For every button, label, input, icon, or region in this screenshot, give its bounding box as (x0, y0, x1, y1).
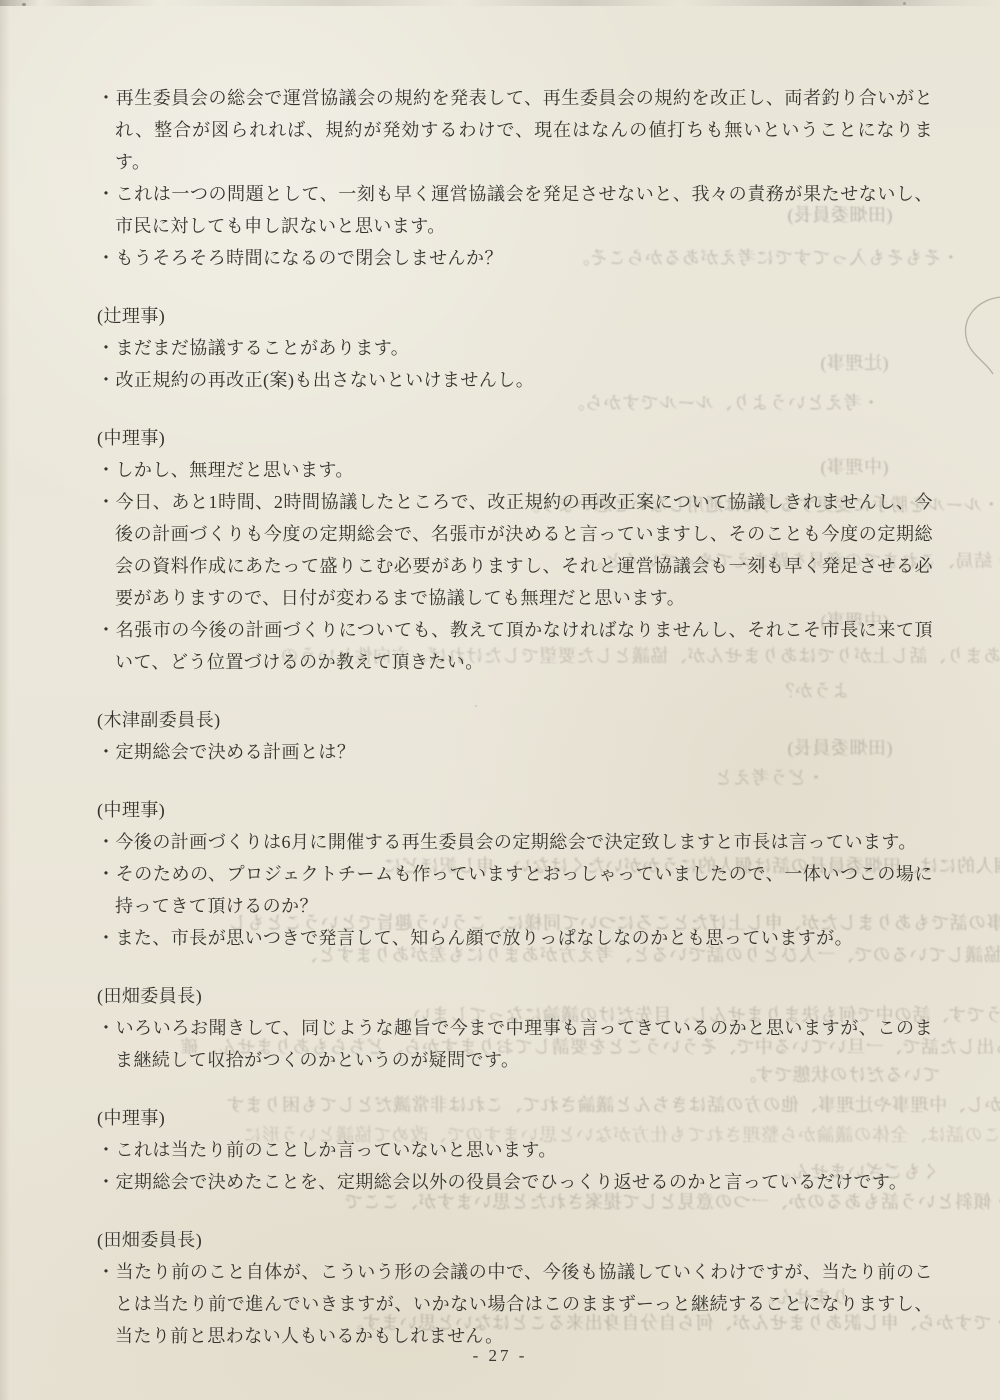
statement-line: ・また、市長が思いつきで発言して、知らん顔で放りっぱなしなのかとも思っていますが… (97, 922, 933, 954)
speaker-label: (中理事) (97, 794, 933, 826)
statement-line: ・定期総会で決めたことを、定期総会以外の役員会でひっくり返せるのかと言っているだ… (97, 1166, 933, 1198)
speaker-section: (木津副委員長) ・定期総会で決める計画とは？ (97, 704, 933, 768)
statement-line: ・今日、あと1時間、2時間協議したところで、改正規約の再改正案について協議しきれ… (97, 486, 933, 614)
statement-line: ・しかし、無理だと思います。 (97, 454, 933, 486)
statement-line: ・いろいろお聞きして、同じような趣旨で今まで中理事も言ってきているのかと思います… (97, 1012, 933, 1076)
page-number: - 27 - (0, 1346, 1000, 1366)
scanned-meeting-minutes-page: (田畑委員長)・そもそも入ってすでに考えがあるからこそ。(辻理事)・考えというよ… (0, 0, 1000, 1400)
speaker-label: (辻理事) (97, 300, 933, 332)
statement-line: ・今後の計画づくりは6月に開催する再生委員会の定期総会で決定致しますと市長は言っ… (97, 826, 933, 858)
statement-line: ・名張市の今後の計画づくりについても、教えて頂かなければなりませんし、それこそ市… (97, 614, 933, 678)
speaker-section: (辻理事) ・まだまだ協議することがあります。 ・改正規約の再改正(案)も出さな… (97, 300, 933, 396)
scan-speck (903, 2, 906, 5)
scan-artifact-curl (956, 294, 1000, 384)
statement-line: ・もうそろそろ時間になるので閉会しませんか？ (97, 242, 933, 274)
speaker-section: (中理事) ・今後の計画づくりは6月に開催する再生委員会の定期総会で決定致します… (97, 794, 933, 954)
speaker-label: (田畑委員長) (97, 980, 933, 1012)
statement-line: ・改正規約の再改正(案)も出さないといけませんし。 (97, 364, 933, 396)
scan-edge-shadow (0, 0, 1000, 6)
statement-line: ・これは一つの問題として、一刻も早く運営協議会を発足させないと、我々の責務が果た… (97, 178, 933, 242)
speaker-section: (田畑委員長) ・いろいろお聞きして、同じような趣旨で今まで中理事も言ってきてい… (97, 980, 933, 1076)
statement-line: ・再生委員会の総会で運営協議会の規約を発表して、再生委員会の規約を改正し、両者釣… (97, 82, 933, 178)
scan-speck (22, 3, 26, 6)
minutes-body: ・再生委員会の総会で運営協議会の規約を発表して、再生委員会の規約を改正し、両者釣… (97, 82, 933, 1378)
scan-edge-shading (0, 0, 10, 1400)
speaker-section: ・再生委員会の総会で運営協議会の規約を発表して、再生委員会の規約を改正し、両者釣… (97, 82, 933, 274)
speaker-section: (中理事) ・しかし、無理だと思います。 ・今日、あと1時間、2時間協議したとこ… (97, 422, 933, 678)
speaker-section: (田畑委員長) ・当たり前のこと自体が、こういう形の会議の中で、今後も協議してい… (97, 1224, 933, 1352)
speaker-label: (木津副委員長) (97, 704, 933, 736)
speaker-label: (田畑委員長) (97, 1224, 933, 1256)
speaker-label: (中理事) (97, 422, 933, 454)
speaker-label: (中理事) (97, 1102, 933, 1134)
speaker-section: (中理事) ・これは当たり前のことしか言っていないと思います。 ・定期総会で決め… (97, 1102, 933, 1198)
statement-line: ・まだまだ協議することがあります。 (97, 332, 933, 364)
statement-line: ・これは当たり前のことしか言っていないと思います。 (97, 1134, 933, 1166)
statement-line: ・当たり前のこと自体が、こういう形の会議の中で、今後も協議していくわけですが、当… (97, 1256, 933, 1352)
statement-line: ・そのための、プロジェクトチームも作っていますとおっしゃっていましたので、一体い… (97, 858, 933, 922)
statement-line: ・定期総会で決める計画とは？ (97, 736, 933, 768)
